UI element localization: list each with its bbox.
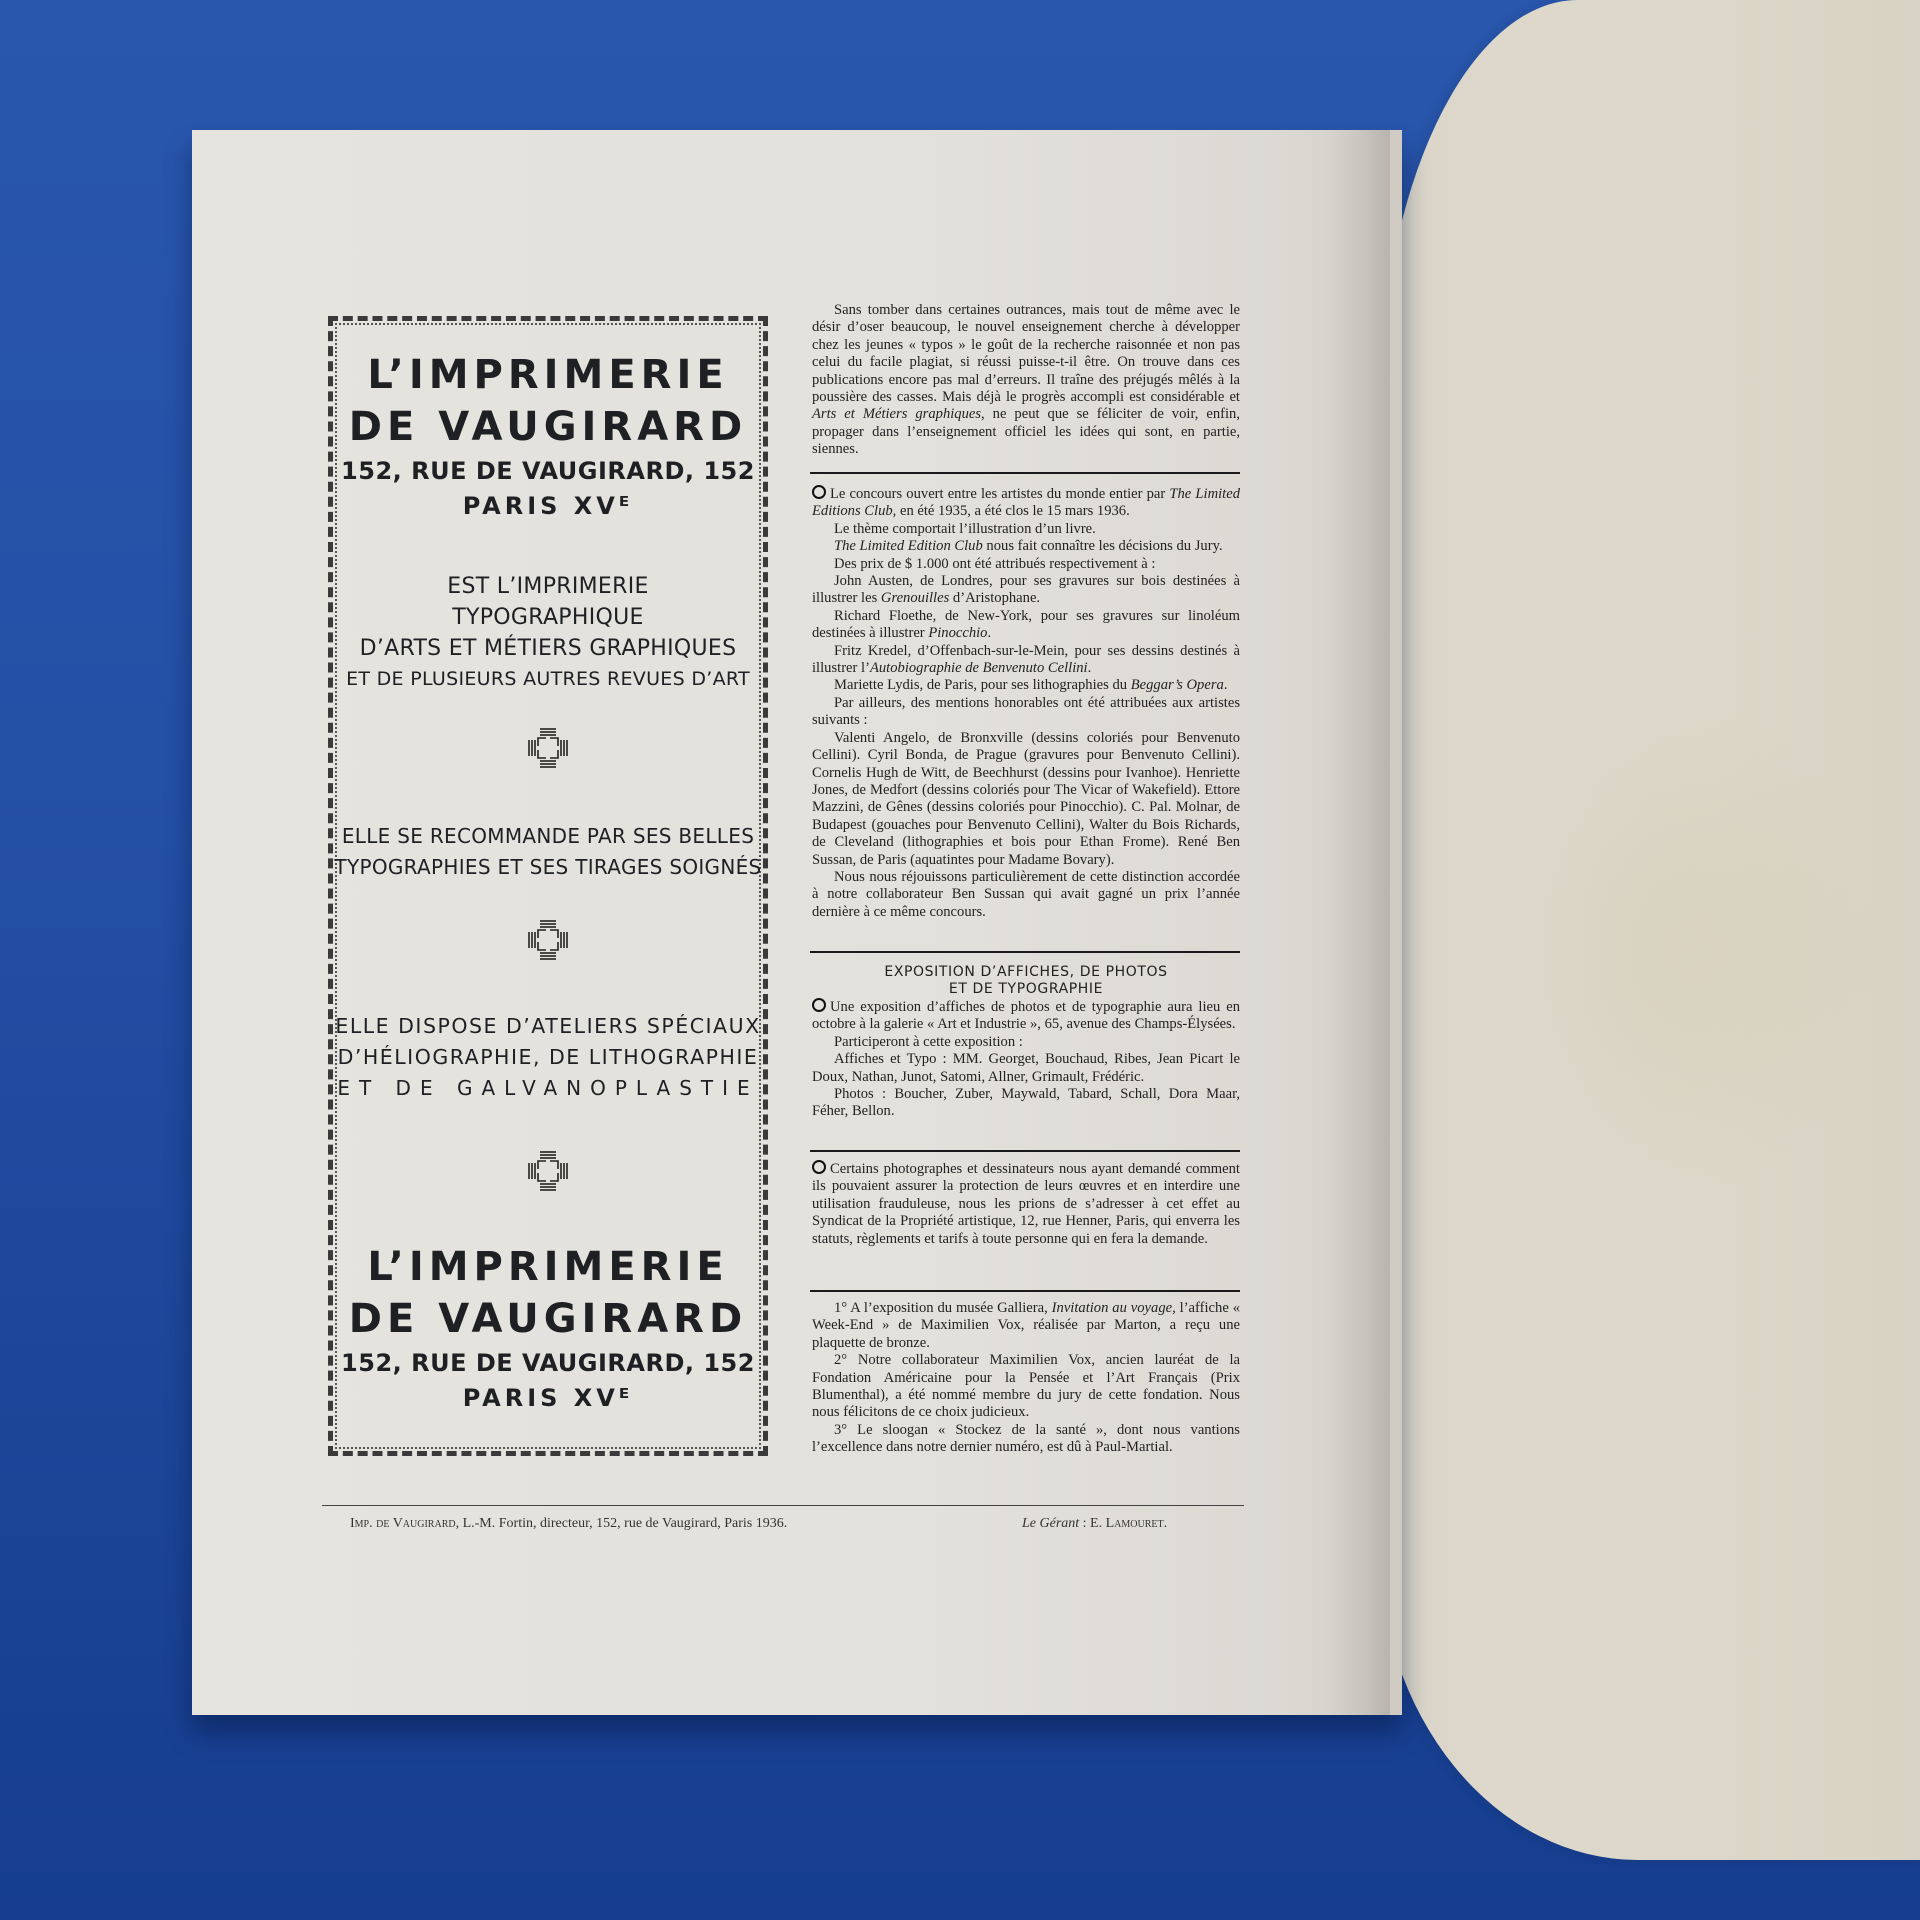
cross-ornament-icon [526, 1149, 570, 1193]
paper-stain [1498, 700, 1878, 1200]
intro-paragraph: Sans tomber dans certaines outrances, ma… [812, 302, 1240, 459]
intro-text: Sans tomber dans certaines outrances, ma… [812, 302, 1240, 405]
winner-text: . [1088, 660, 1092, 676]
news-item-3: 3° Le sloogan « Stockez de la santé », d… [812, 1422, 1240, 1457]
ad-s2-line2: TYPOGRAPHIES ET SES TIRAGES SOIGNÉS [333, 852, 763, 883]
honorable-mentions-intro: Par ailleurs, des mentions honorables on… [812, 695, 1240, 730]
news-section: 1° A l’exposition du musée Galliera, Inv… [812, 1300, 1240, 1457]
exposition-section: EXPOSITION D’AFFICHES, DE PHOTOS ET DE T… [812, 964, 1240, 1121]
ad-s1-line1: EST L’IMPRIMERIE [333, 571, 763, 602]
ad-s2-line1: ELLE SE RECOMMANDE PAR SES BELLES [333, 821, 763, 852]
cross-ornament-icon [526, 918, 570, 962]
section-rule [810, 1290, 1240, 1292]
ad-s3-line3: ET DE GALVANOPLASTIE [333, 1073, 763, 1104]
intro-magazine-title: Arts et Métiers graphiques [812, 406, 981, 422]
footer-gerant: Le Gérant : E. Lamouret. [1022, 1516, 1167, 1532]
exposition-heading: EXPOSITION D’AFFICHES, DE PHOTOS [812, 964, 1240, 981]
ad-address: 152, RUE DE VAUGIRARD, 152 [333, 453, 763, 489]
section-rule [810, 472, 1240, 474]
winner-floethe: Richard Floethe, de New-York, pour ses g… [812, 608, 1240, 641]
concours-prizes: Des prix de $ 1.000 ont été attribués re… [812, 556, 1240, 573]
concours-text: Le concours ouvert entre les artistes du… [830, 486, 1169, 502]
winner-text: . [1224, 677, 1228, 693]
ad-s1-line4: ET DE PLUSIEURS AUTRES REVUES D’ART [333, 664, 763, 695]
winner-lydis: Mariette Lydis, de Paris, pour ses litho… [834, 677, 1131, 693]
winner-text: . [987, 625, 991, 641]
news-item-2: 2° Notre collaborateur Maximilien Vox, a… [812, 1352, 1240, 1422]
protection-text: Certains photographes et dessinateurs no… [812, 1161, 1240, 1247]
imprint-name: Imp. de Vaugirard [350, 1516, 456, 1531]
footer-imprint: Imp. de Vaugirard, L.-M. Fortin, directe… [350, 1516, 787, 1532]
exposition-photos-list: Photos : Boucher, Zuber, Maywald, Tabard… [812, 1086, 1240, 1121]
gutter-shadow [1330, 130, 1390, 1715]
book-title: Pinocchio [928, 625, 987, 641]
gerant-sep: : E. [1079, 1516, 1105, 1531]
advertisement-frame: L’IMPRIMERIE DE VAUGIRARD 152, RUE DE VA… [328, 316, 768, 1456]
exhibition-title: Invitation au voyage, [1052, 1300, 1176, 1316]
ad-city-repeat: PARIS XVᴱ [333, 1381, 763, 1415]
cross-ornament-icon [526, 726, 570, 770]
imprint-details: , L.-M. Fortin, directeur, 152, rue de V… [456, 1516, 788, 1531]
right-page-curl [1378, 0, 1920, 1860]
ad-address-repeat: 152, RUE DE VAUGIRARD, 152 [333, 1345, 763, 1381]
book-title: Beggar’s Opera [1131, 677, 1224, 693]
ad-s1-line2: TYPOGRAPHIQUE [333, 602, 763, 633]
ad-title-line1-repeat: L’IMPRIMERIE [333, 1241, 763, 1293]
club-name: The Limited Edition Club [834, 538, 983, 554]
gerant-label: Le Gérant [1022, 1516, 1079, 1531]
ad-title-line2: DE VAUGIRARD [333, 401, 763, 453]
book-title: Autobiographie de Benvenuto Cellini [870, 660, 1088, 676]
ad-s3-line2: D’HÉLIOGRAPHIE, DE LITHOGRAPHIE [333, 1042, 763, 1073]
book-title: Grenouilles [881, 590, 949, 606]
circle-bullet-icon [812, 1160, 826, 1174]
exposition-affiches-list: Affiches et Typo : MM. Georget, Bouchaud… [812, 1051, 1240, 1086]
ad-s1-line3: D’ARTS ET MÉTIERS GRAPHIQUES [333, 633, 763, 664]
ad-header-top: L’IMPRIMERIE DE VAUGIRARD 152, RUE DE VA… [333, 349, 763, 523]
honorable-mentions-list: Valenti Angelo, de Bronxville (dessins c… [812, 730, 1240, 869]
winner-text: d’Aristophane. [949, 590, 1040, 606]
concours-theme: Le thème comportait l’illustration d’un … [812, 521, 1240, 538]
concours-date: en été 1935, a été clos le 15 mars 1936. [896, 503, 1129, 519]
exposition-participants-intro: Participeront à cette exposition : [812, 1034, 1240, 1051]
ad-header-bottom: L’IMPRIMERIE DE VAUGIRARD 152, RUE DE VA… [333, 1241, 763, 1415]
section-rule [810, 951, 1240, 953]
ad-section-2: ELLE SE RECOMMANDE PAR SES BELLES TYPOGR… [333, 821, 763, 883]
ad-section-1: EST L’IMPRIMERIE TYPOGRAPHIQUE D’ARTS ET… [333, 571, 763, 695]
section-rule [810, 1150, 1240, 1152]
ad-city: PARIS XVᴱ [333, 489, 763, 523]
exposition-heading-line2: ET DE TYPOGRAPHIE [812, 981, 1240, 998]
ad-title-line2-repeat: DE VAUGIRARD [333, 1293, 763, 1345]
ben-sussan-note: Nous nous réjouissons particulièrement d… [812, 869, 1240, 921]
concours-section: Le concours ouvert entre les artistes du… [812, 485, 1240, 921]
concours-jury: nous fait connaître les décisions du Jur… [983, 538, 1223, 554]
ad-title-line1: L’IMPRIMERIE [333, 349, 763, 401]
gerant-name: Lamouret. [1106, 1516, 1168, 1531]
circle-bullet-icon [812, 998, 826, 1012]
footer-rule [322, 1505, 1244, 1506]
news-item-1: 1° A l’exposition du musée Galliera, [834, 1300, 1052, 1316]
ad-s3-line1: ELLE DISPOSE D’ATELIERS SPÉCIAUX [333, 1011, 763, 1042]
protection-section: Certains photographes et dessinateurs no… [812, 1160, 1240, 1248]
ad-section-3: ELLE DISPOSE D’ATELIERS SPÉCIAUX D’HÉLIO… [333, 1011, 763, 1104]
circle-bullet-icon [812, 485, 826, 499]
exposition-details: Une exposition d’affiches de photos et d… [812, 999, 1240, 1032]
